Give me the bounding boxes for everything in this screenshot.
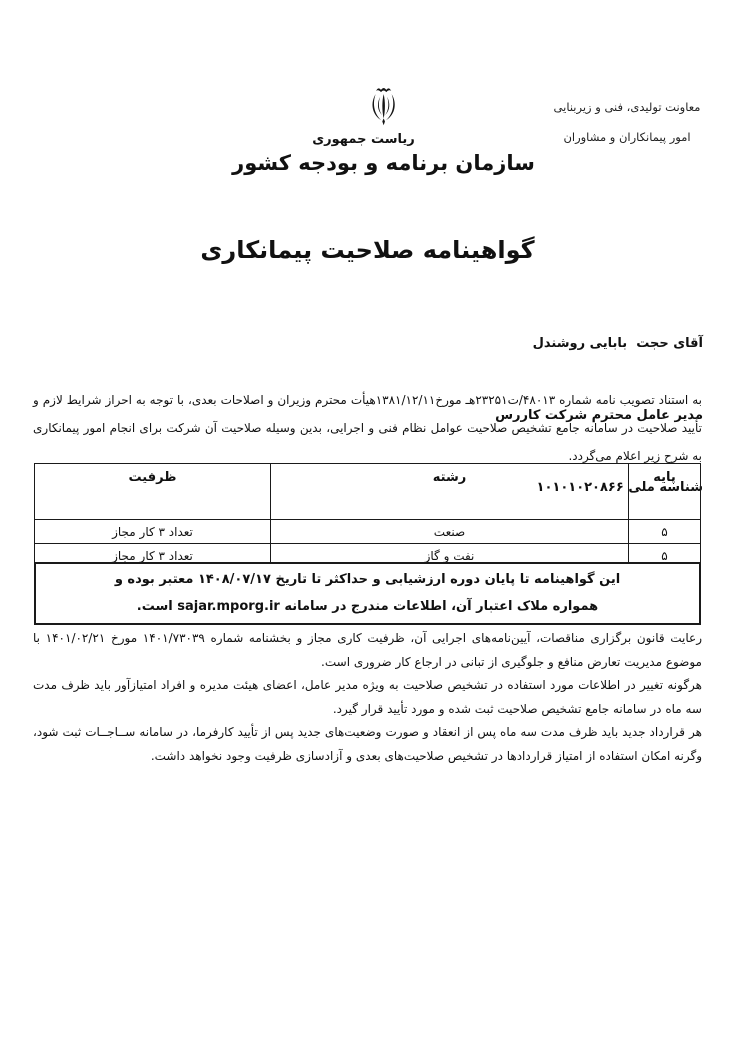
footer-notes: رعایت قانون برگزاری مناقصات، آیین‌نامه‌ه… <box>33 627 702 768</box>
table-header-row: پایه رشته ظرفیت <box>35 464 701 520</box>
organization-logo: ریاست جمهوری سازمان برنامه و بودجه کشور <box>232 84 535 175</box>
iran-emblem-icon <box>365 84 403 130</box>
validity-line-1: این گواهینامه تا پایان دوره ارزشیابی و ح… <box>40 566 695 593</box>
table-row: ۵ صنعت تعداد ۳ کار مجاز <box>35 520 701 544</box>
header-field: رشته <box>271 464 629 520</box>
department-block: معاونت تولیدی، فنی و زیربنایی امور پیمان… <box>537 100 717 160</box>
note-paragraph: هر قرارداد جدید باید ظرف مدت سه ماه پس ا… <box>33 721 702 768</box>
validity-line-2: همواره ملاک اعتبار آن، اطلاعات مندرج در … <box>40 593 695 620</box>
page-title: گواهینامه صلاحیت پیمانکاری <box>0 236 735 264</box>
qualification-table: پایه رشته ظرفیت ۵ صنعت تعداد ۳ کار مجاز … <box>34 463 701 568</box>
cell-field: صنعت <box>271 520 629 544</box>
department-line-2: امور پیمانکاران و مشاوران <box>537 130 717 144</box>
department-line-1: معاونت تولیدی، فنی و زیربنایی <box>537 100 717 114</box>
header-capacity: ظرفیت <box>35 464 271 520</box>
logo-presidency-text: ریاست جمهوری <box>312 132 415 147</box>
certificate-page: معاونت تولیدی، فنی و زیربنایی امور پیمان… <box>0 0 735 1050</box>
note-paragraph: رعایت قانون برگزاری مناقصات، آیین‌نامه‌ه… <box>33 627 702 674</box>
logo-organization-name: سازمان برنامه و بودجه کشور <box>232 151 535 175</box>
addressee-name: آقای حجت بابایی روشندل <box>32 332 703 356</box>
header-grade: پایه <box>629 464 701 520</box>
validity-box: این گواهینامه تا پایان دوره ارزشیابی و ح… <box>34 562 701 625</box>
intro-paragraph: به استناد تصویب نامه شماره ۴۸۰۱۳/ت۲۳۲۵۱ه… <box>33 386 702 470</box>
cell-grade: ۵ <box>629 520 701 544</box>
cell-capacity: تعداد ۳ کار مجاز <box>35 520 271 544</box>
note-paragraph: هرگونه تغییر در اطلاعات مورد استفاده در … <box>33 674 702 721</box>
